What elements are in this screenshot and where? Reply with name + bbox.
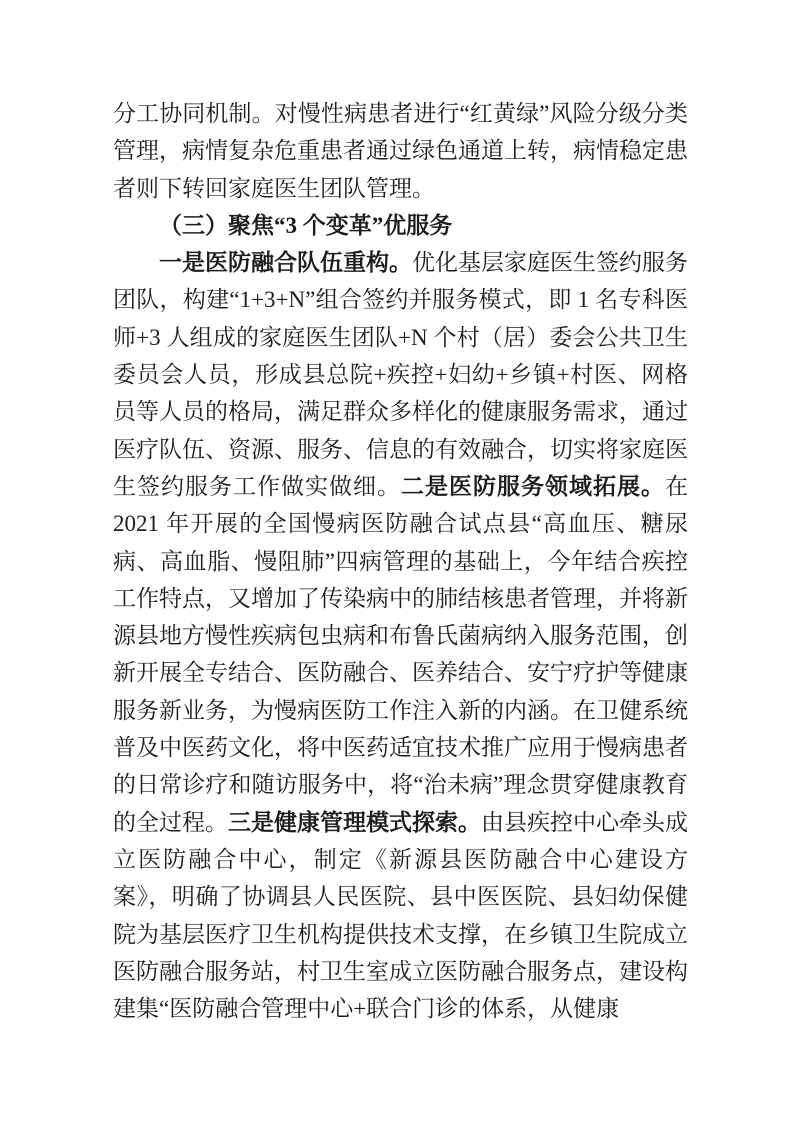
subheading-run-2: 二是医防服务领域拓展。 — [401, 474, 665, 499]
heading-text: （三）聚焦“3 个变革”优服务 — [159, 213, 452, 238]
subheading-run-3: 三是健康管理模式探索。 — [228, 810, 481, 835]
section-heading: （三）聚焦“3 个变革”优服务 — [113, 207, 688, 244]
document-body: 分工协同机制。对慢性病患者进行“红黄绿”风险分级分类管理，病情复杂危重患者通过绿… — [113, 95, 688, 1027]
subheading-run-1: 一是医防融合队伍重构。 — [159, 250, 412, 275]
paragraph-body: 一是医防融合队伍重构。优化基层家庭医生签约服务团队，构建“1+3+N”组合签约并… — [113, 244, 688, 1027]
text-run: 由县疾控中心牵头成立医防融合中心，制定《新源县医防融合中心建设方案》，明确了协调… — [113, 810, 688, 1021]
paragraph-continuation: 分工协同机制。对慢性病患者进行“红黄绿”风险分级分类管理，病情复杂危重患者通过绿… — [113, 95, 688, 207]
document-page: 分工协同机制。对慢性病患者进行“红黄绿”风险分级分类管理，病情复杂危重患者通过绿… — [0, 0, 793, 1122]
text-run: 优化基层家庭医生签约服务团队，构建“1+3+N”组合签约并服务模式，即 1 名专… — [113, 250, 688, 499]
text-run: 在 2021 年开展的全国慢病医防融合试点县“高血压、糖尿病、高血脂、慢阻肺”四… — [113, 474, 688, 835]
text-run: 分工协同机制。对慢性病患者进行“红黄绿”风险分级分类管理，病情复杂危重患者通过绿… — [113, 101, 688, 201]
